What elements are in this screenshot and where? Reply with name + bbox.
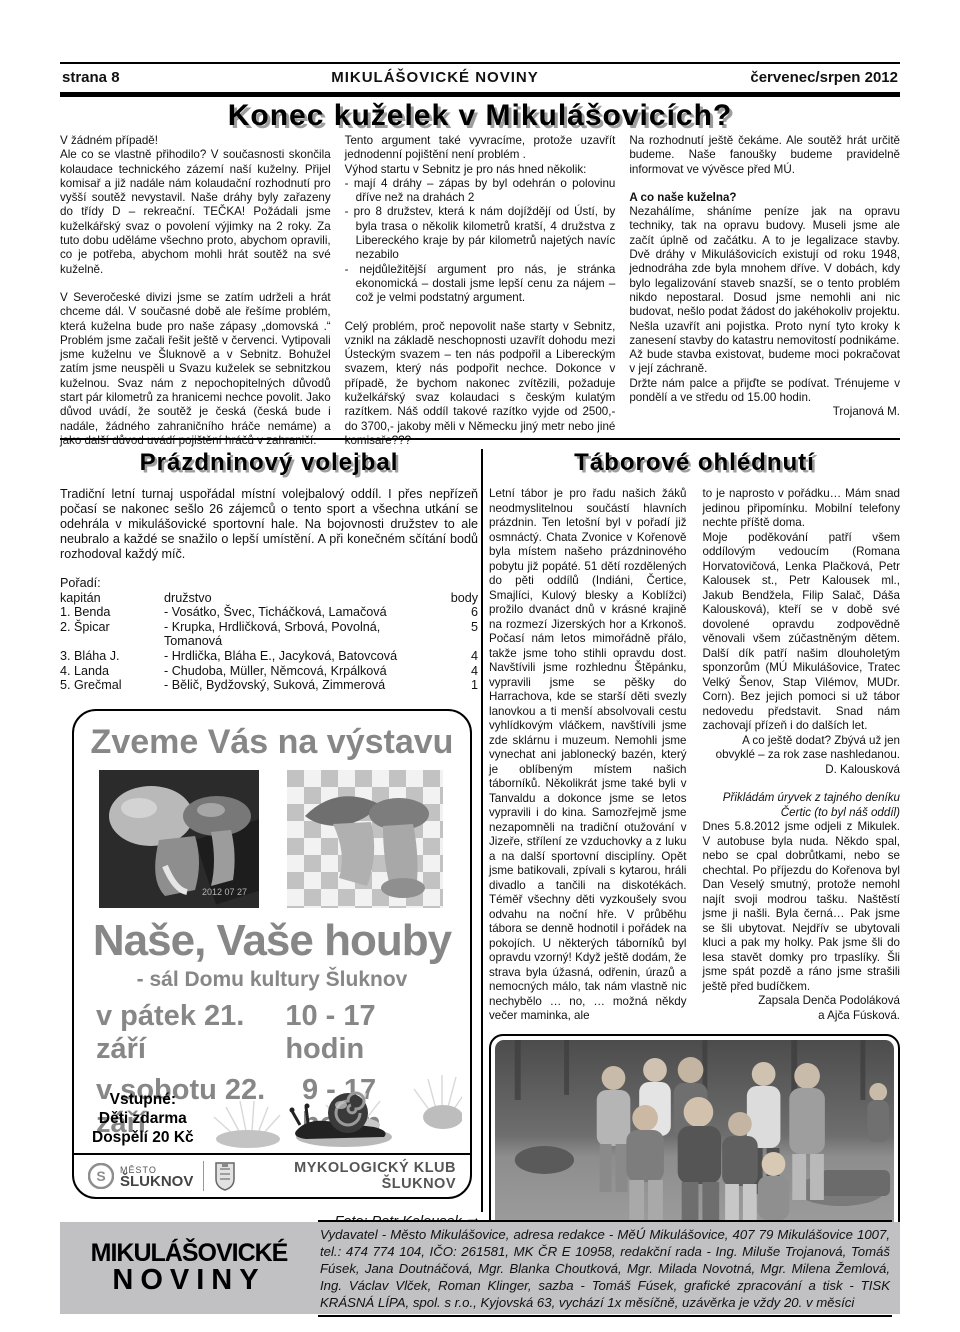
photo-timestamp: 2012 07 27 [202, 887, 247, 897]
ad-main-title: Naše, Vaše houby [74, 916, 470, 966]
cell-points: 1 [440, 678, 478, 693]
col-captain: kapitán [60, 591, 164, 606]
newspaper-name: MIKULÁŠOVICKÉ NOVINY [331, 69, 539, 86]
table-caption: Pořadí: [60, 576, 478, 591]
entry-label: Vstupné: [92, 1090, 194, 1109]
cell-team: - Bělič, Bydžovský, Suková, Zimmerová [164, 678, 440, 693]
newspaper-logo: MIKULÁŠOVICKÉ NOVINY [74, 1239, 304, 1297]
article-kuzelky-headline: Konec kuželek v Mikulášovicích? [60, 99, 900, 133]
tabor-body: Letní tábor je pro řadu našich žáků neod… [489, 487, 900, 1024]
page-number: strana 8 [62, 69, 120, 86]
table-row: 3. Bláha J. - Hrdlička, Bláha E., Jacyko… [60, 649, 478, 664]
kuzelky-column-1: V žádném případě! Ale co se vlastně přih… [60, 134, 331, 448]
paragraph: Tento argument také vyvracíme, protože u… [345, 134, 616, 163]
mushroom-photo-right [285, 770, 445, 908]
diary-intro: Přikládám úryvek z tajného deníku Čertic… [703, 791, 901, 820]
results-table: Pořadí: kapitán družstvo body 1. Benda -… [60, 576, 478, 693]
tabor-column-2: to je naprosto v pořádku… Mám snad jedin… [703, 487, 901, 1024]
volejbal-headline: Prázdninový volejbal [60, 449, 478, 477]
logo-separator [203, 1161, 204, 1191]
cell-captain: 2. Špicar [60, 620, 164, 649]
article-kuzelky-body: V žádném případě! Ale co se vlastně přih… [60, 134, 900, 448]
paragraph: Držte nám palce a přijďte se podívat. Tr… [629, 377, 900, 406]
cell-captain: 1. Benda [60, 605, 164, 620]
mushroom-photo-left: 2012 07 27 [99, 770, 259, 908]
sub-heading: A co naše kuželna? [629, 191, 900, 205]
paragraph: Až bude stavba existovat, budeme moci po… [629, 348, 900, 377]
cell-points: 6 [440, 605, 478, 620]
cell-team: - Vosátko, Švec, Ticháčková, Lamačová [164, 605, 440, 620]
entry-children: Děti zdarma [92, 1109, 194, 1128]
bullet-item: - nejdůležitější argument pro nás, je st… [345, 263, 616, 306]
imprint-text: Vydavatel - Město Mikulášovice, adresa r… [318, 1220, 892, 1317]
cell-captain: 3. Bláha J. [60, 649, 164, 664]
newspaper-page: strana 8 MIKULÁŠOVICKÉ NOVINY červenec/s… [0, 0, 960, 1332]
paragraph: Ale co se vlastně přihodilo? V současnos… [60, 148, 331, 277]
ad-invite-line: Zveme Vás na výstavu [74, 723, 470, 762]
kuzelky-column-2: Tento argument také vyvracíme, protože u… [345, 134, 616, 448]
cell-team: - Hrdlička, Bláha E., Jacyková, Batovcov… [164, 649, 440, 664]
table-row: 2. Špicar - Krupka, Hrdličková, Srbová, … [60, 620, 478, 649]
mesto-sluknov-logo: S MĚSTO ŠLUKNOV [88, 1163, 193, 1189]
cell-points: 5 [440, 620, 478, 649]
table-row: 5. Grečmal - Bělič, Bydžovský, Suková, Z… [60, 678, 478, 693]
bullet-item: - mají 4 dráhy – zápas by byl odehrán o … [345, 177, 616, 206]
cell-captain: 5. Grečmal [60, 678, 164, 693]
page-header: strana 8 MIKULÁŠOVICKÉ NOVINY červenec/s… [60, 62, 900, 97]
article-signature: a Ajča Fúsková. [703, 1009, 901, 1024]
paragraph: Na rozhodnutí ještě čekáme. Ale soutěž h… [629, 134, 900, 177]
paragraph: Nezahálíme, sháníme peníze jak na opravu… [629, 205, 900, 348]
paragraph: Výhod startu v Sebnitz je pro nás hned n… [345, 163, 616, 177]
paragraph: A co ještě dodat? Zbývá už jen obvyklé –… [703, 734, 901, 763]
city-name: ŠLUKNOV [120, 1176, 193, 1188]
svg-text:S: S [96, 1168, 105, 1184]
tabor-column-1: Letní tábor je pro řadu našich žáků neod… [489, 487, 687, 1024]
imprint-band: MIKULÁŠOVICKÉ NOVINY Vydavatel - Město M… [60, 1222, 900, 1314]
cell-captain: 4. Landa [60, 664, 164, 679]
article-signature: Trojanová M. [629, 405, 900, 419]
table-row: 4. Landa - Chudoba, Müller, Němcová, Krp… [60, 664, 478, 679]
ad-logo-bar: S MĚSTO ŠLUKNOV MYKOLOGICKÝ KLUB ŠLUKNOV [74, 1153, 470, 1197]
coat-of-arms-icon [214, 1161, 236, 1191]
tabor-section: Táborové ohlédnutí Letní tábor je pro řa… [489, 449, 900, 1258]
ad-bottom-strip: Vstupné: Děti zdarma Dospělí 20 Kč [74, 1057, 470, 1153]
ad-entry-fees: Vstupné: Děti zdarma Dospělí 20 Kč [92, 1090, 194, 1147]
volejbal-section: Prázdninový volejbal Tradiční letní turn… [60, 449, 478, 1249]
paragraph: Letní tábor je pro řadu našich žáků neod… [489, 487, 687, 1024]
cell-team: - Krupka, Hrdličková, Srbová, Povolná, T… [164, 620, 440, 649]
paragraph: V žádném případě! [60, 134, 331, 148]
paragraph: V Severočeské divizi jsme se zatím udrže… [60, 291, 331, 448]
horizontal-rule [60, 438, 900, 440]
bullet-item: - pro 8 družstev, která k nám dojíždějí … [345, 205, 616, 262]
paragraph: Celý problém, proč nepovolit naše starty… [345, 320, 616, 449]
cell-points: 4 [440, 649, 478, 664]
ad-photos: 2012 07 27 [74, 770, 470, 908]
table-row: 1. Benda - Vosátko, Švec, Ticháčková, La… [60, 605, 478, 620]
article-signature: D. Kalousková [703, 763, 901, 778]
column-divider [481, 449, 483, 1212]
table-header: kapitán družstvo body [60, 591, 478, 606]
paragraph: Dnes 5.8.2012 jsme odjeli z Mikulek. V a… [703, 820, 901, 994]
sluknov-s-icon: S [88, 1163, 114, 1189]
ad-venue: - sál Domu kultury Šluknov [74, 968, 470, 992]
exhibition-ad: Zveme Vás na výstavu 2012 07 27 [72, 709, 472, 1199]
article-signature: Zapsala Denča Podoláková [703, 994, 901, 1009]
kuzelky-column-3: Na rozhodnutí ještě čekáme. Ale soutěž h… [629, 134, 900, 448]
cell-points: 4 [440, 664, 478, 679]
col-points: body [440, 591, 478, 606]
snail-illustration [200, 1061, 462, 1153]
paragraph: to je naprosto v pořádku… Mám snad jedin… [703, 487, 901, 531]
issue-date: červenec/srpen 2012 [750, 69, 898, 86]
cell-team: - Chudoba, Müller, Němcová, Krpálková [164, 664, 440, 679]
entry-adults: Dospělí 20 Kč [92, 1128, 194, 1147]
tabor-headline: Táborové ohlédnutí [489, 449, 900, 477]
logo-word-2: NOVINY [74, 1264, 304, 1297]
col-team: družstvo [164, 591, 440, 606]
mycology-club-name: MYKOLOGICKÝ KLUB ŠLUKNOV [236, 1160, 456, 1192]
volejbal-intro: Tradiční letní turnaj uspořádal místní v… [60, 487, 478, 562]
paragraph: Moje poděkování patří všem oddílovým ved… [703, 531, 901, 734]
